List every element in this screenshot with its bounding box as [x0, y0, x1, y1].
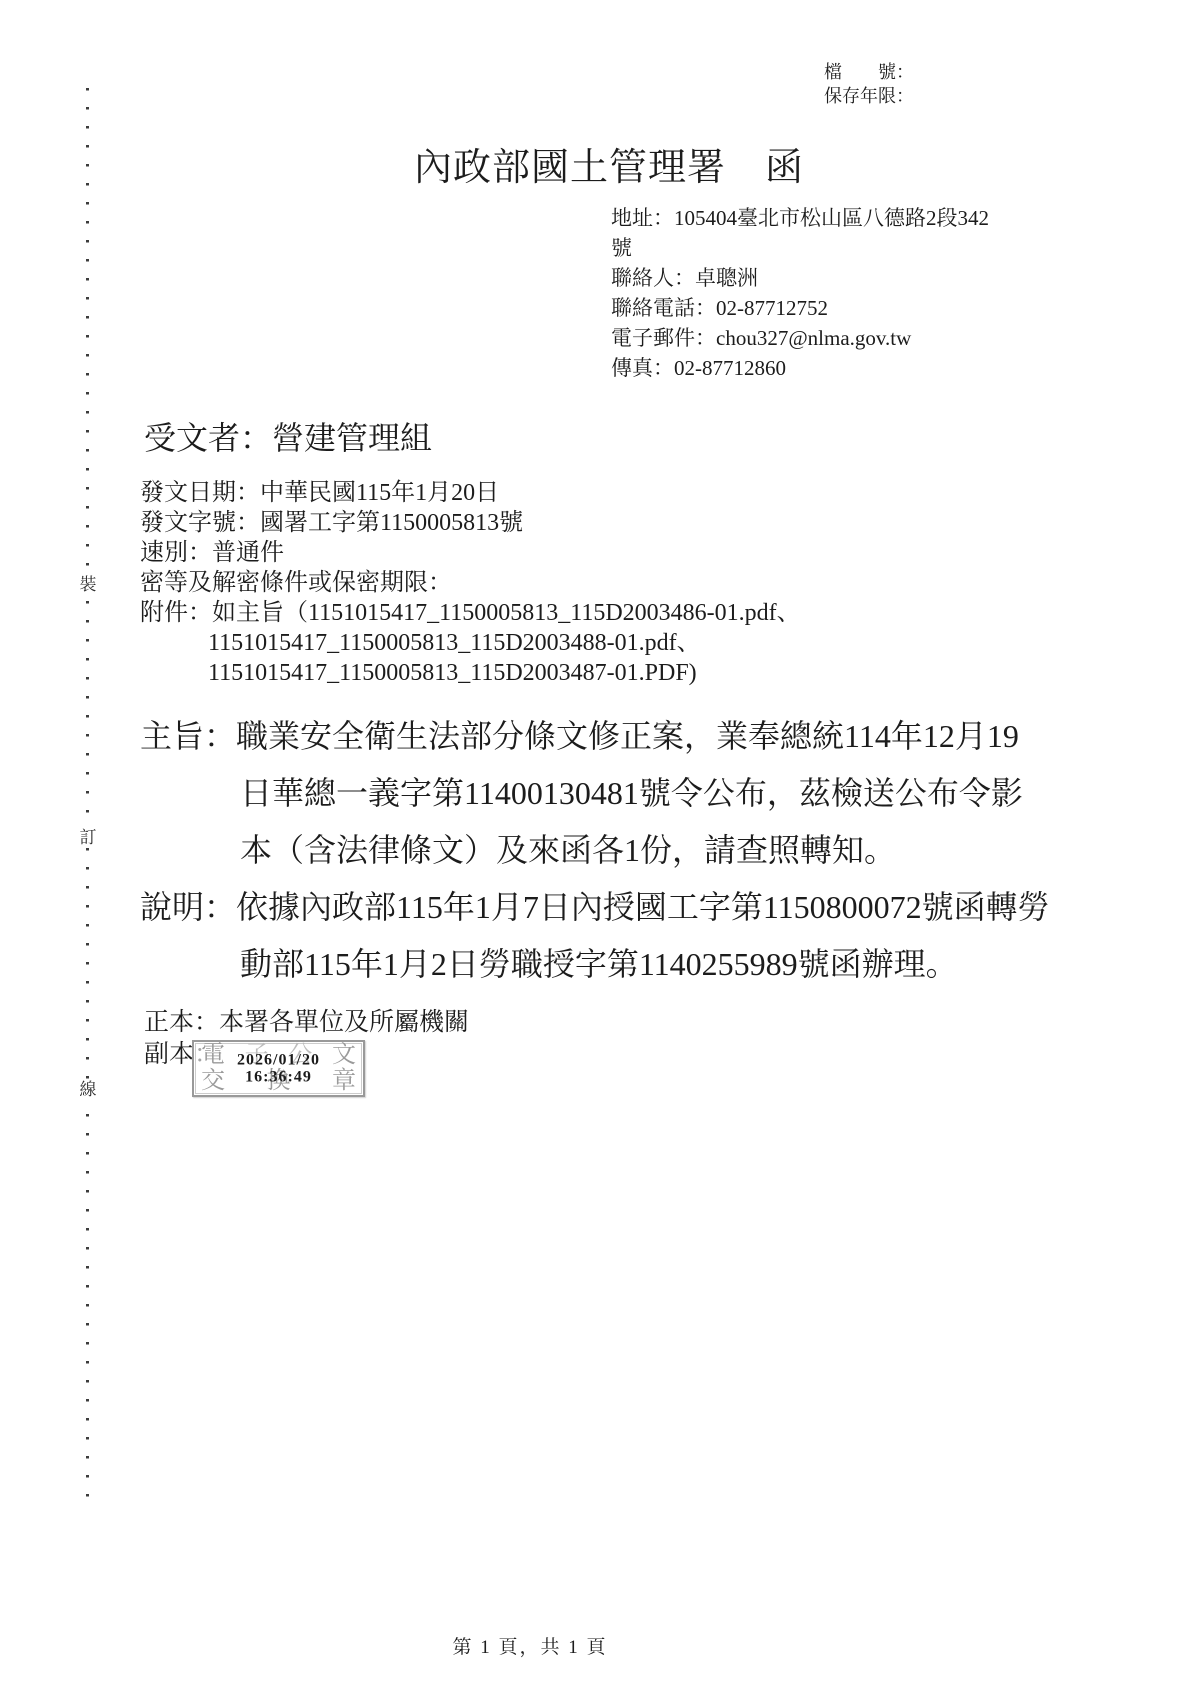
binding-char-xian: 線 — [75, 1080, 101, 1100]
sender-address-line1: 地址：105404臺北市松山區八德路2段342 — [611, 203, 989, 233]
stamp-time: 16:36:49 — [194, 1068, 363, 1085]
subject-line: 主旨：職業安全衛生法部分條文修正案，業奉總統114年12月19 — [140, 708, 1023, 765]
document-title: 內政部國土管理署 函 — [414, 146, 804, 190]
explanation-line: 動部115年1月2日勞職授字第1140255989號函辦理。 — [140, 936, 1050, 993]
stamp-timestamp: 2026/01/20 16:36:49 — [194, 1051, 363, 1085]
attachment-continuation-line: 1151015417_1150005813_115D2003487-01.PDF… — [140, 658, 801, 688]
subject-line: 本（含法律條文）及來函各1份，請查照轉知。 — [140, 822, 1023, 879]
sender-email: 電子郵件：chou327@nlma.gov.tw — [611, 323, 989, 353]
binding-dotted-line — [86, 88, 89, 1502]
stamp-date: 2026/01/20 — [194, 1051, 363, 1068]
retention-line: 保存年限： — [824, 84, 914, 108]
electronic-exchange-stamp: 電 子 公 文 交 換 章 2026/01/20 16:36:49 — [192, 1040, 365, 1097]
sender-address-line2: 號 — [611, 233, 989, 263]
copy-original-line: 正本：本署各單位及所屬機關 — [144, 1008, 469, 1038]
sender-contact-person: 聯絡人：卓聰洲 — [611, 263, 989, 293]
issue-date-line: 發文日期：中華民國115年1月20日 — [140, 478, 801, 508]
recipient-line: 受文者：營建管理組 — [144, 418, 432, 458]
explanation-block: 說明：依據內政部115年1月7日內授國工字第1150800072號函轉勞 動部1… — [140, 879, 1050, 993]
document-page: 檔 號： 保存年限： 內政部國土管理署 函 地址：105404臺北市松山區八德路… — [0, 0, 1200, 1696]
page-footer: 第 1 頁，共 1 頁 — [0, 1632, 1130, 1659]
doc-number-line: 發文字號：國署工字第1150005813號 — [140, 508, 801, 538]
sender-fax: 傳真：02-87712860 — [611, 353, 989, 383]
sender-info-block: 地址：105404臺北市松山區八德路2段342 號 聯絡人：卓聰洲 聯絡電話：0… — [611, 203, 989, 383]
binding-char-ding: 訂 — [75, 828, 101, 848]
subject-line: 日華總一義字第11400130481號令公布，茲檢送公布令影 — [140, 765, 1023, 822]
subject-block: 主旨：職業安全衛生法部分條文修正案，業奉總統114年12月19 日華總一義字第1… — [140, 708, 1023, 879]
security-class-line: 密等及解密條件或保密期限： — [140, 568, 801, 598]
attachment-continuation-line: 1151015417_1150005813_115D2003488-01.pdf… — [140, 628, 801, 658]
file-number-block: 檔 號： 保存年限： — [824, 60, 914, 108]
binding-char-zhuang: 裝 — [75, 575, 101, 595]
attachment-line: 附件：如主旨（1151015417_1150005813_115D2003486… — [140, 598, 801, 628]
file-number-line: 檔 號： — [824, 60, 914, 84]
speed-class-line: 速別：普通件 — [140, 538, 801, 568]
doc-meta-block: 發文日期：中華民國115年1月20日 發文字號：國署工字第1150005813號… — [140, 478, 801, 688]
explanation-line: 說明：依據內政部115年1月7日內授國工字第1150800072號函轉勞 — [140, 879, 1050, 936]
sender-phone: 聯絡電話：02-87712752 — [611, 293, 989, 323]
